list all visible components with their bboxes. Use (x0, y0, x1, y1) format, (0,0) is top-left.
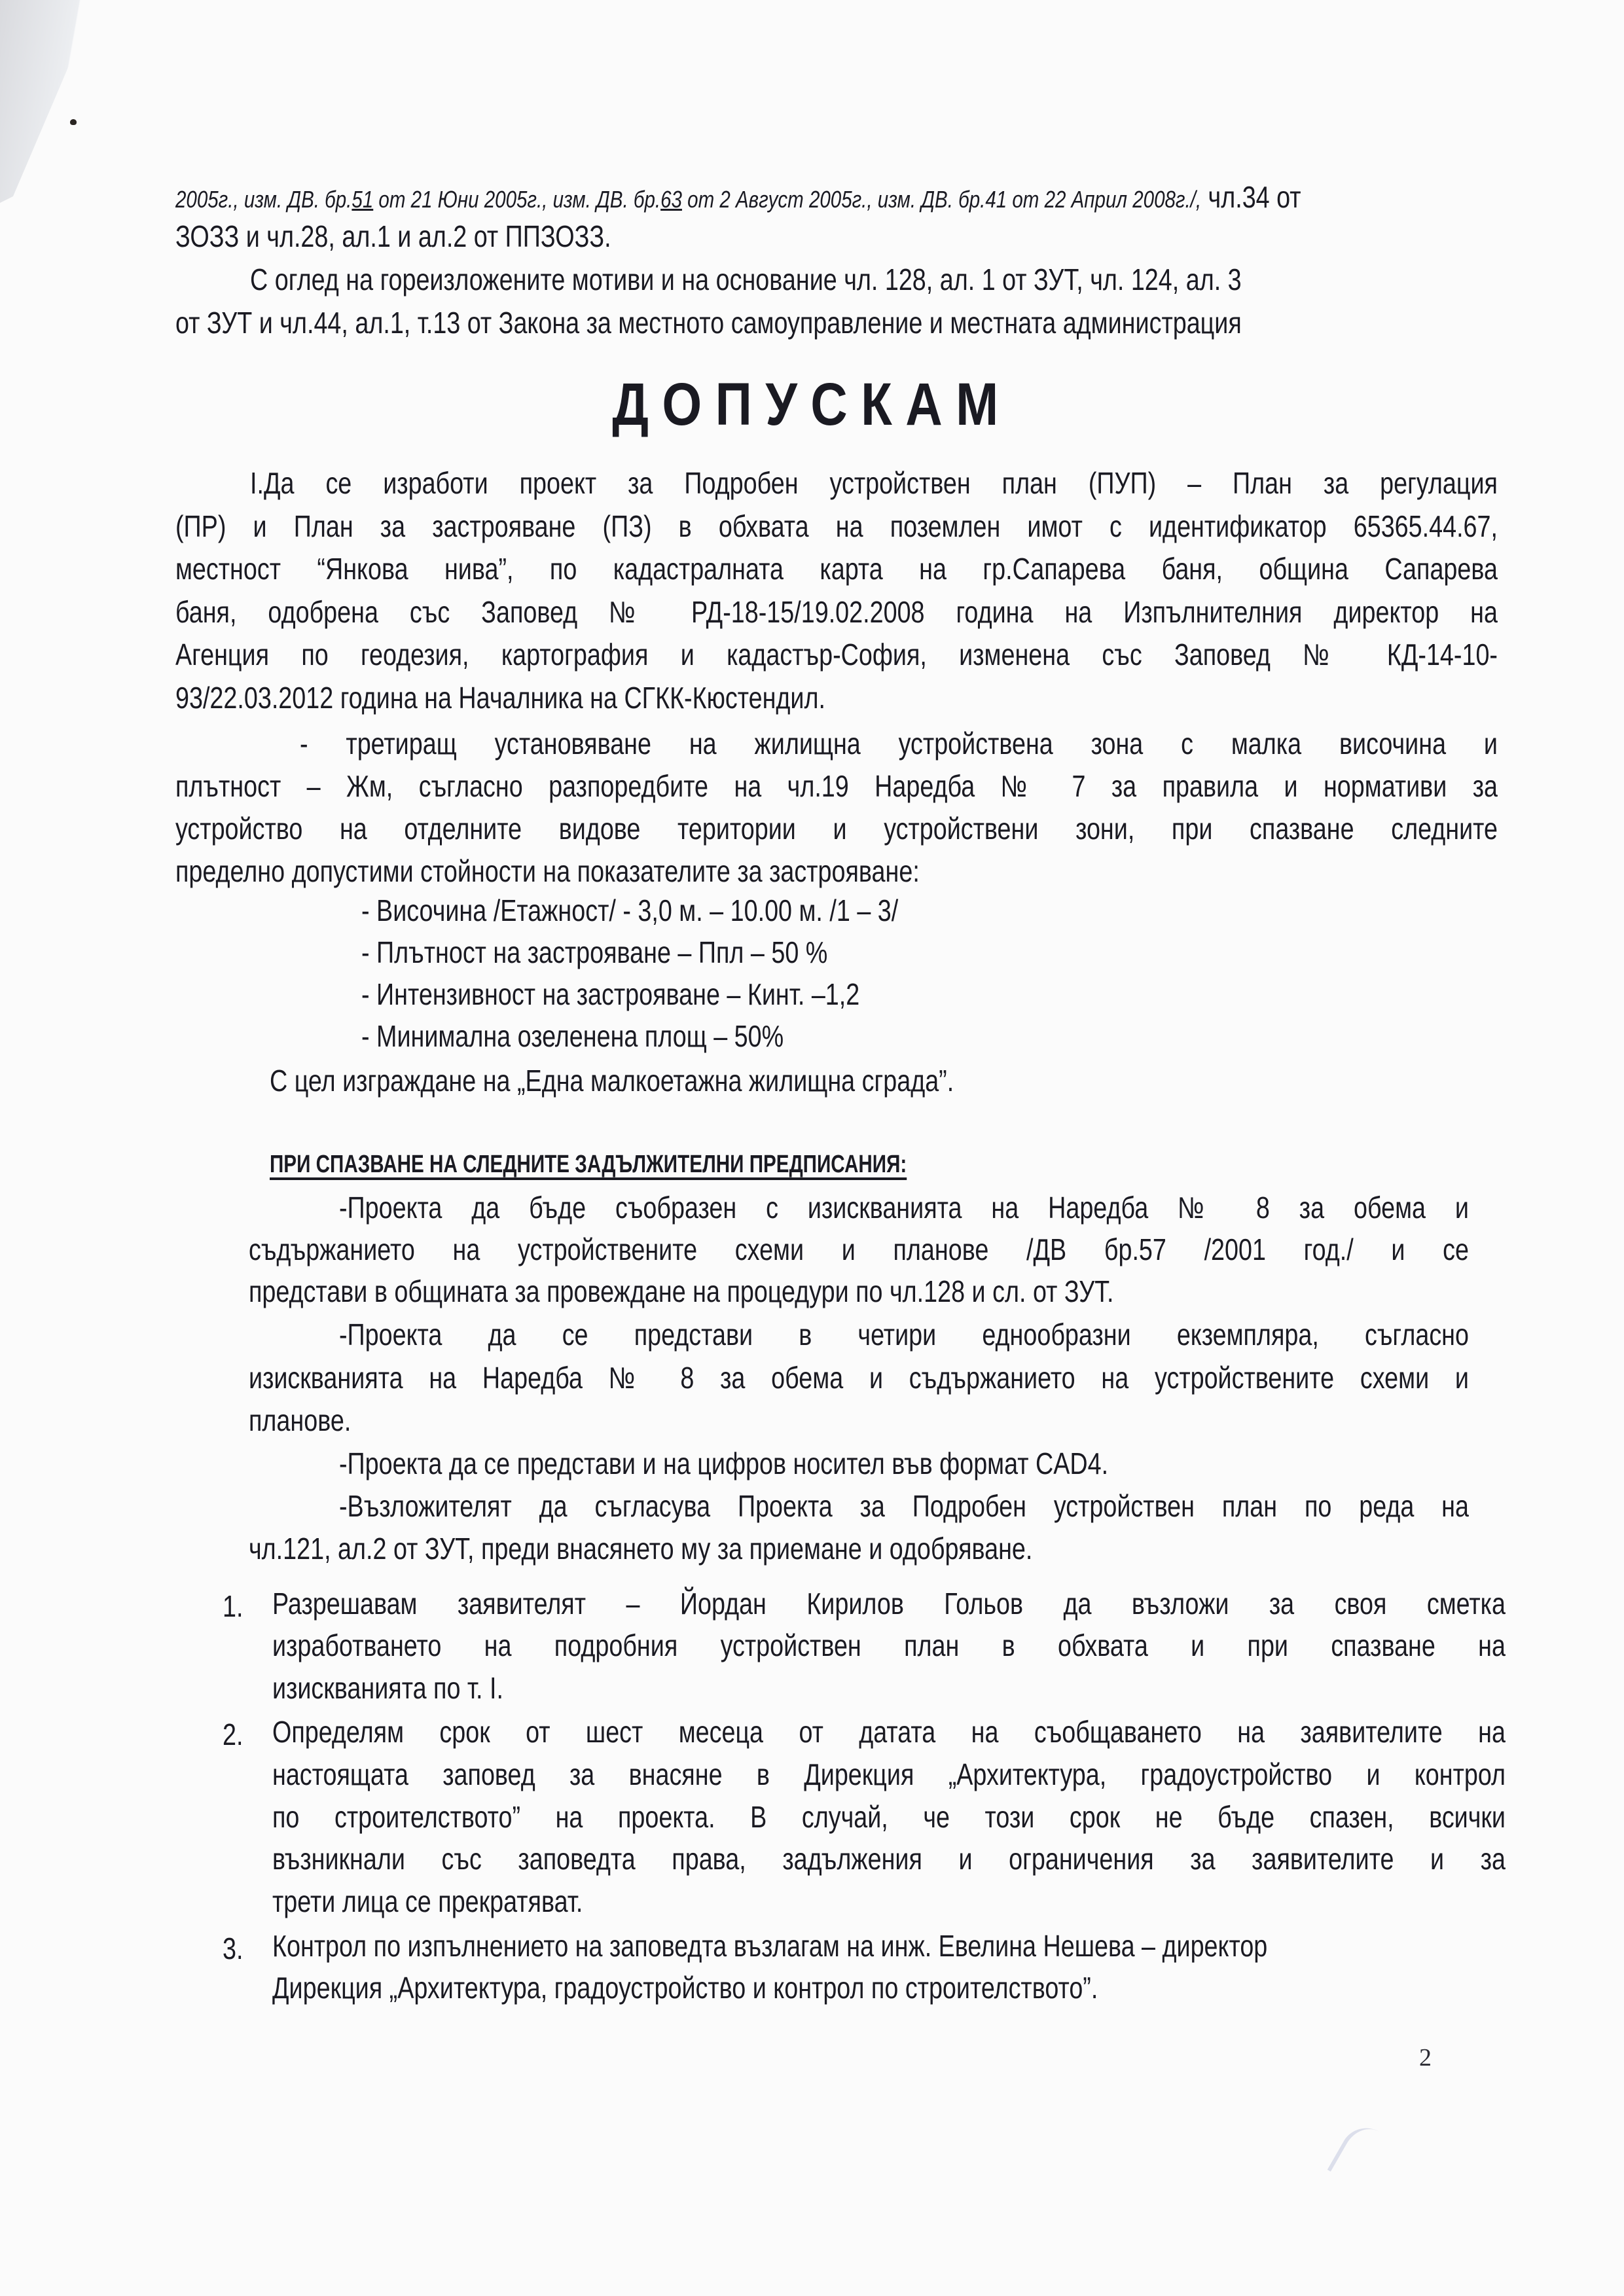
scan-page-edge-shadow (0, 0, 105, 223)
continuation-line-2: ЗОЗЗ и чл.28, ал.1 и ал.2 от ППЗОЗЗ. (175, 221, 611, 251)
zone-paragraph-line: плътност – Жм, съгласно разпоредбите на … (175, 771, 1498, 801)
requirement-line: съдържанието на устройствените схеми и п… (249, 1234, 1469, 1265)
requirement-line: представи в общината за провеждане на пр… (249, 1276, 1114, 1306)
scan-speck (70, 119, 77, 125)
page-number: 2 (1419, 2043, 1432, 2072)
numbered-item-line: трети лица се прекратяват. (272, 1886, 583, 1916)
numbered-item-line: Контрол по изпълнението на заповедта въз… (272, 1931, 1267, 1961)
page-title: ДОПУСКАМ (122, 370, 1502, 439)
section-I-line: местност “Янкова нива”, по кадастралната… (175, 554, 1498, 584)
zone-paragraph-line: устройство на отделните видове територии… (175, 814, 1498, 844)
numbered-item-line: Дирекция „Архитектура, градоустройство и… (272, 1973, 1098, 2003)
requirement-line: чл.121, ал.2 от ЗУТ, преди внасянето му … (249, 1534, 1032, 1564)
numbered-item-line: настоящата заповед за внасяне в Дирекция… (272, 1759, 1506, 1789)
section-I-line: 93/22.03.2012 година на Началника на СГК… (175, 683, 825, 713)
requirement-line: -Възложителят да съгласува Проекта за По… (339, 1491, 1469, 1521)
section-I-line: I.Да се изработи проект за Подробен устр… (250, 468, 1498, 498)
requirement-line: -Проекта да се представи в четири еднооб… (339, 1319, 1469, 1350)
purpose-line: С цел изграждане на „Една малкоетажна жи… (270, 1066, 954, 1096)
section-I-line: баня, одобрена със Заповед № РД-18-15/19… (175, 597, 1498, 627)
requirement-line: изискванията на Наредба № 8 за обема и с… (249, 1363, 1469, 1393)
continuation-line-1: 2005г., изм. ДВ. бр.51 от 21 Юни 2005г.,… (175, 182, 1280, 212)
indicator-item: - Височина /Етажност/ - 3,0 м. – 10.00 м… (361, 895, 898, 925)
requirements-heading: ПРИ СПАЗВАНЕ НА СЛЕДНИТЕ ЗАДЪЛЖИТЕЛНИ ПР… (270, 1151, 907, 1179)
item-number: 1. (223, 1588, 243, 1624)
section-I-line: Агенция по геодезия, картография и кадас… (175, 639, 1498, 670)
requirement-line: планове. (249, 1405, 351, 1435)
item-number: 2. (223, 1717, 243, 1752)
grounds-line-2: от ЗУТ и чл.44, ал.1, т.13 от Закона за … (175, 308, 1242, 338)
indicator-item: - Плътност на застрояване – Ппл – 50 % (361, 937, 827, 967)
requirement-line: -Проекта да бъде съобразен с изискваният… (339, 1193, 1469, 1223)
numbered-item-line: по строителството” на проекта. В случай,… (272, 1802, 1506, 1832)
numbered-item-line: Разрешавам заявителят – Йордан Кирилов Г… (272, 1588, 1506, 1619)
indicator-item: - Минимална озеленена площ – 50% (361, 1021, 784, 1051)
grounds-line-1: С оглед на гореизложените мотиви и на ос… (250, 264, 1242, 295)
pen-mark (1327, 2119, 1400, 2195)
requirement-line: -Проекта да се представи и на цифров нос… (339, 1448, 1108, 1479)
zone-paragraph-line: пределно допустими стойности на показате… (175, 856, 920, 886)
item-number: 3. (223, 1931, 243, 1966)
zone-paragraph-line: - третиращ установяване на жилищна устро… (300, 728, 1498, 759)
amendments-text: 2005г., изм. ДВ. бр.51 от 21 Юни 2005г.,… (175, 186, 1201, 213)
indicator-item: - Интензивност на застрояване – Кинт. –1… (361, 979, 859, 1009)
numbered-item-line: изискванията по т. I. (272, 1673, 503, 1703)
numbered-item-line: изработването на подробния устройствен п… (272, 1630, 1506, 1660)
numbered-item-line: възникнали със заповедта права, задължен… (272, 1844, 1506, 1874)
section-I-line: (ПР) и План за застрояване (ПЗ) в обхват… (175, 511, 1498, 541)
numbered-item-line: Определям срок от шест месеца от датата … (272, 1717, 1506, 1747)
